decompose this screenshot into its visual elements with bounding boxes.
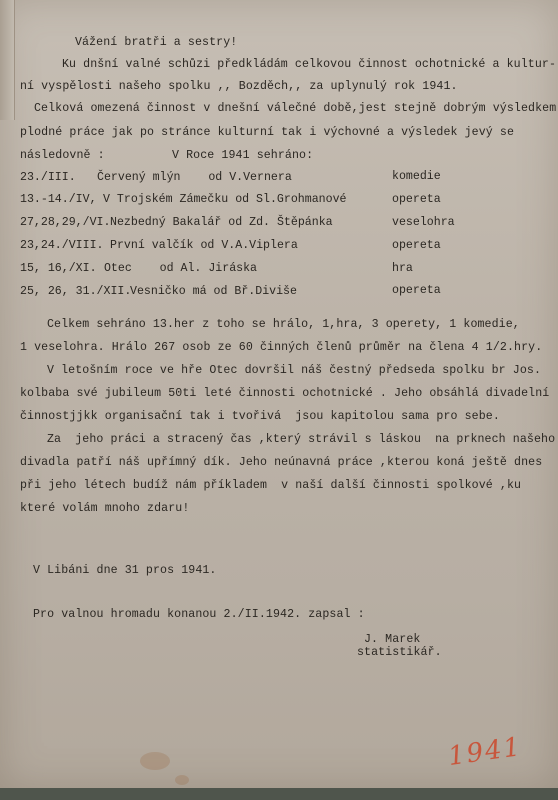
intro-line-1: Ku dnšní valné schůzi předkládám celkovo… [62, 58, 556, 72]
recorded-for: Pro valnou hromadu konanou 2./II.1942. z… [33, 608, 365, 622]
handwritten-year-annotation: 1941 [446, 732, 524, 772]
place-date: V Libáni dne 31 pros 1941. [33, 564, 217, 578]
year-heading: V Roce 1941 sehráno: [172, 149, 313, 163]
performance-dates: 15, 16,/XI. [20, 262, 97, 275]
paper-stain [175, 775, 189, 785]
performance-genre: veselohra [392, 216, 455, 229]
paper-stain [140, 752, 170, 770]
performance-title: Vesničko má od Bř.Diviše [130, 285, 297, 298]
intro-line-2: ní vyspělosti našeho spolku ,, Bozděch,,… [20, 80, 458, 94]
performance-title: V Trojském Zámečku od Sl.Grohmanové [103, 193, 347, 206]
summary-line-3: následovně : [20, 149, 105, 163]
greeting: Vážení bratři a sestry! [75, 36, 237, 50]
thanks-line-2: divadla patří náš upřímný dík. Jeho neún… [20, 456, 542, 470]
performance-dates: 27,28,29,/VI. [20, 216, 110, 229]
jubilee-line-2: kolbaba své jubileum 50ti leté činnosti … [20, 387, 549, 401]
thanks-line-3: při jeho létech budíž nám příkladem v na… [20, 479, 521, 493]
signature-title: statistikář. [357, 646, 442, 660]
signature-name: J. Marek [364, 633, 420, 647]
performance-dates: 23,24./VIII. [20, 239, 104, 252]
totals-line-2: 1 veselohra. Hrálo 267 osob ze 60 činnýc… [20, 341, 542, 355]
jubilee-line-1: V letošním roce ve hře Otec dovršil náš … [47, 364, 541, 378]
jubilee-line-3: činnostjjkk organisační tak i tvořivá js… [20, 410, 500, 424]
performance-genre: komedie [392, 170, 441, 183]
performance-dates: 23./III. [20, 171, 76, 184]
performance-genre: hra [392, 262, 413, 275]
performance-title: Nezbedný Bakalář od Zd. Štěpánka [110, 216, 333, 229]
performance-dates: 13.-14./IV, [20, 193, 97, 206]
summary-line-2: plodné práce jak po stránce kulturní tak… [20, 126, 514, 140]
performance-genre: opereta [392, 239, 441, 252]
performance-genre: opereta [392, 284, 441, 297]
document-page: Vážení bratři a sestry! Ku dnšní valné s… [0, 0, 558, 790]
thanks-line-1: Za jeho práci a stracený čas ,který strá… [47, 433, 555, 447]
performance-title: Červený mlýn od V.Vernera [97, 171, 292, 184]
performance-dates: 25, 26, 31./XII. [20, 285, 131, 298]
totals-line-1: Celkem sehráno 13.her z toho se hrálo, 1… [47, 318, 520, 332]
background-surface [0, 788, 558, 800]
paper-fold-edge [0, 0, 15, 120]
thanks-line-4: které volám mnoho zdaru! [20, 502, 189, 516]
performance-genre: opereta [392, 193, 441, 206]
summary-line-1: Celková omezená činnost v dnešní válečné… [34, 102, 556, 116]
performance-title: Otec od Al. Jiráska [97, 262, 257, 275]
performance-title: První valčík od V.A.Viplera [110, 239, 298, 252]
